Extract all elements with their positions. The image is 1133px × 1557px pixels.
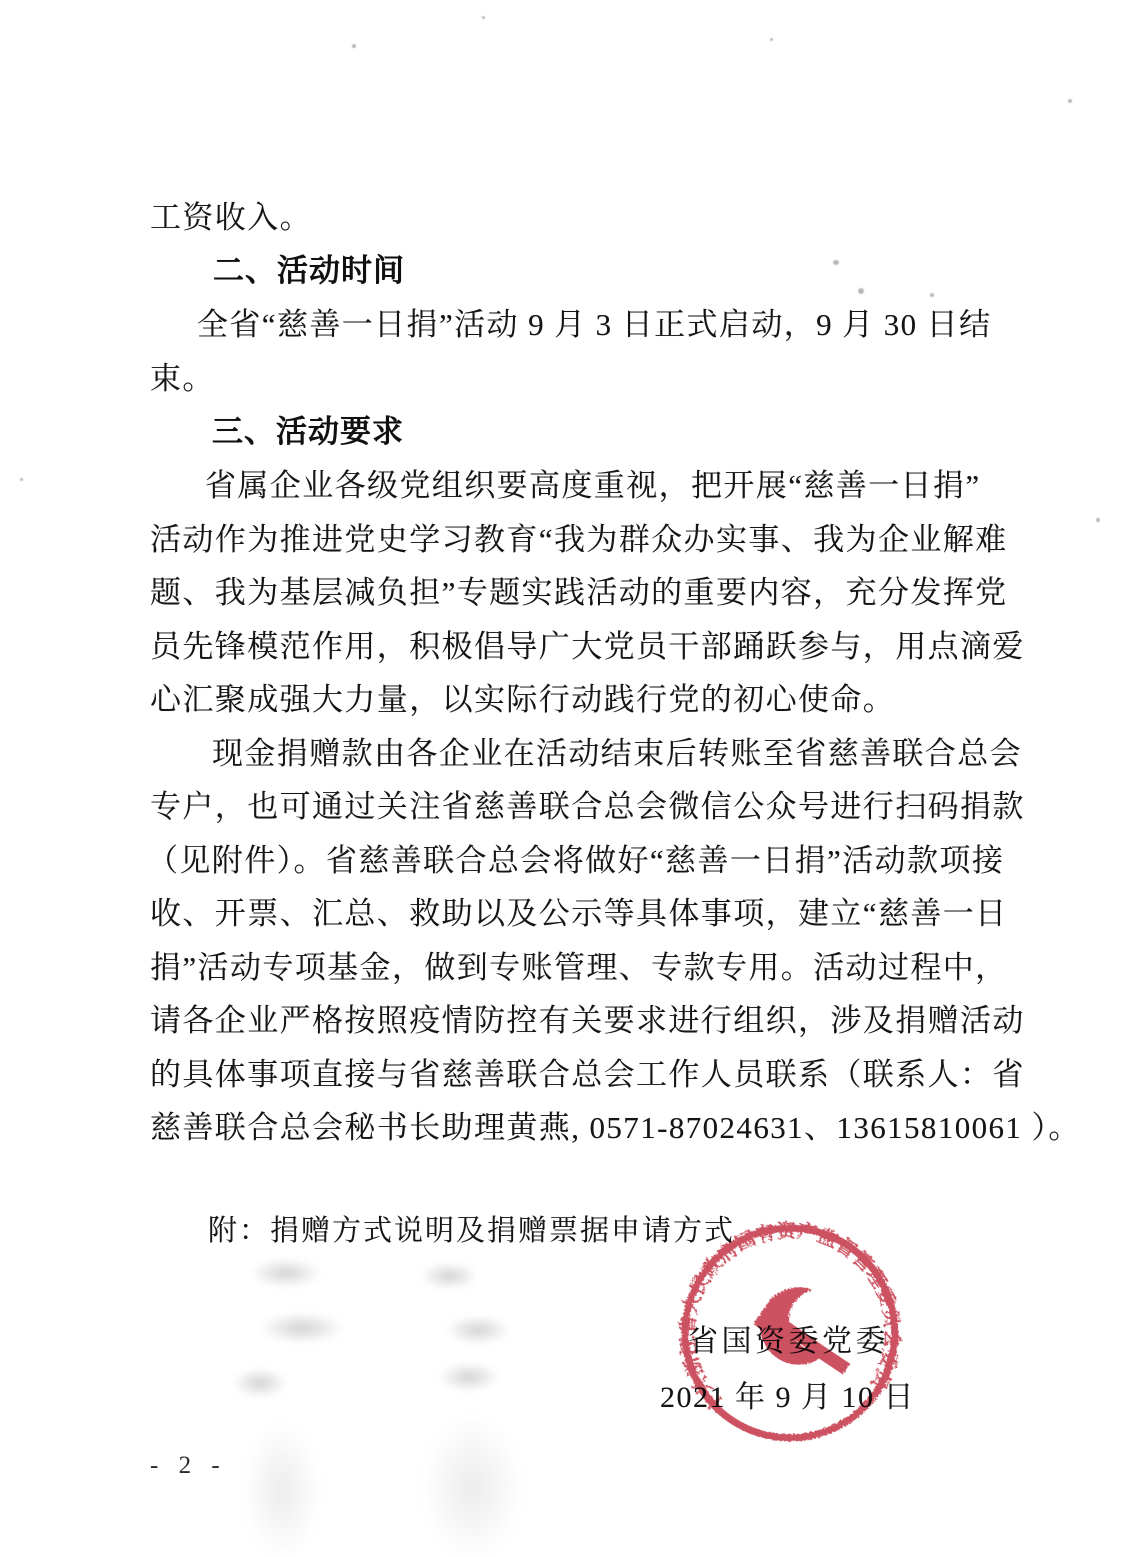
body-line: 全省“慈善一日捐”活动 9 月 3 日正式启动，9 月 30 日结 — [197, 299, 991, 344]
noise-speck — [930, 293, 934, 297]
body-line: 心汇聚成强大力量，以实际行动践行党的初心使命。 — [150, 674, 895, 719]
ghost-smudge — [246, 1425, 318, 1555]
body-line: 束。 — [150, 353, 215, 398]
ghost-smudge — [425, 1418, 520, 1557]
ghost-smudge — [445, 1315, 511, 1345]
noise-speck — [20, 478, 23, 481]
noise-speck — [833, 260, 839, 265]
hammer-and-sickle-icon — [748, 1280, 852, 1388]
official-stamp: 中共浙江省人民政府国有资产监督管理委员会委员会 — [658, 1201, 922, 1465]
body-line: （见附件）。省慈善联合总会将做好“慈善一日捐”活动款项接 — [147, 835, 1004, 880]
section-heading: 二、活动时间 — [213, 245, 405, 290]
noise-speck — [482, 16, 485, 19]
body-line: 的具体事项直接与省慈善联合总会工作人员联系（联系人：省 — [150, 1049, 1025, 1094]
attachment-line: 附：捐赠方式说明及捐赠票据申请方式 — [208, 1208, 735, 1249]
noise-speck — [858, 288, 864, 294]
body-line: 慈善联合总会秘书长助理黄燕, 0571-87024631、13615810061… — [150, 1102, 1081, 1147]
noise-speck — [352, 44, 356, 48]
ghost-smudge — [250, 1258, 322, 1288]
body-line: 省属企业各级党组织要高度重视，把开展“慈善一日捐” — [205, 460, 981, 505]
noise-speck — [1068, 99, 1072, 103]
body-line: 请各企业严格按照疫情防控有关要求进行组织，涉及捐赠活动 — [150, 995, 1025, 1040]
ghost-smudge — [420, 1262, 478, 1290]
body-line: 捐”活动专项基金，做到专账管理、专款专用。活动过程中， — [150, 942, 1008, 987]
ghost-smudge — [258, 1312, 346, 1344]
ghost-smudge — [232, 1368, 288, 1398]
noise-speck — [770, 38, 773, 41]
body-line: 专户，也可通过关注省慈善联合总会微信公众号进行扫码捐款 — [150, 781, 1025, 826]
section-heading: 三、活动要求 — [212, 406, 404, 451]
body-line: 收、开票、汇总、救助以及公示等具体事项，建立“慈善一日 — [150, 888, 1008, 933]
body-line: 员先锋模范作用，积极倡导广大党员干部踊跃参与，用点滴爱 — [150, 621, 1025, 666]
body-line: 活动作为推进党史学习教育“我为群众办实事、我为企业解难 — [150, 514, 1008, 559]
body-line: 现金捐赠款由各企业在活动结束后转账至省慈善联合总会 — [212, 728, 1022, 773]
page-number: - 2 - — [150, 1452, 227, 1480]
scanned-document-page: 工资收入。 二、活动时间 全省“慈善一日捐”活动 9 月 3 日正式启动，9 月… — [0, 0, 1133, 1557]
ghost-smudge — [438, 1362, 500, 1392]
body-line: 工资收入。 — [150, 192, 312, 237]
body-line: 题、我为基层减负担”专题实践活动的重要内容，充分发挥党 — [150, 567, 1008, 612]
noise-speck — [1096, 518, 1100, 522]
